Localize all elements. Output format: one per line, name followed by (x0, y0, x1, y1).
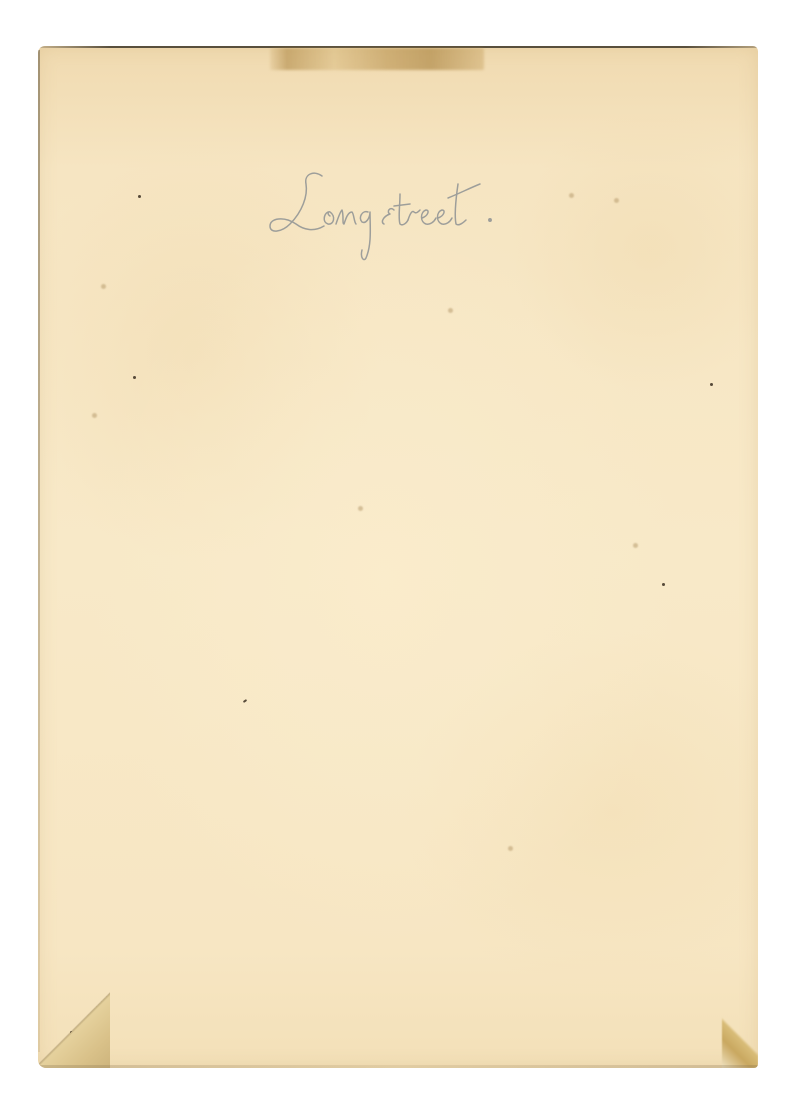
age-speck (243, 699, 247, 703)
age-speck (662, 583, 665, 586)
age-speck (138, 195, 141, 198)
age-speck (133, 376, 136, 379)
age-speck (569, 193, 574, 198)
card-left-edge (38, 50, 40, 1052)
age-speck (101, 284, 106, 289)
handwriting-longstreet-graphic (244, 154, 544, 264)
age-speck (92, 413, 97, 418)
image-stage: Longstreet (0, 0, 788, 1100)
age-speck (710, 383, 713, 386)
age-speck (508, 846, 513, 851)
tape-residue (270, 48, 484, 70)
age-speck (358, 506, 363, 511)
card-bottom-edge (38, 1065, 758, 1068)
age-speck (614, 198, 619, 203)
age-speck (448, 308, 453, 313)
age-speck (633, 543, 638, 548)
photo-card-back: Longstreet (38, 46, 758, 1068)
pencil-inscription: Longstreet (244, 154, 544, 264)
corner-fold-bottom-left (38, 990, 110, 1068)
corner-fold-bottom-right (722, 1006, 758, 1068)
